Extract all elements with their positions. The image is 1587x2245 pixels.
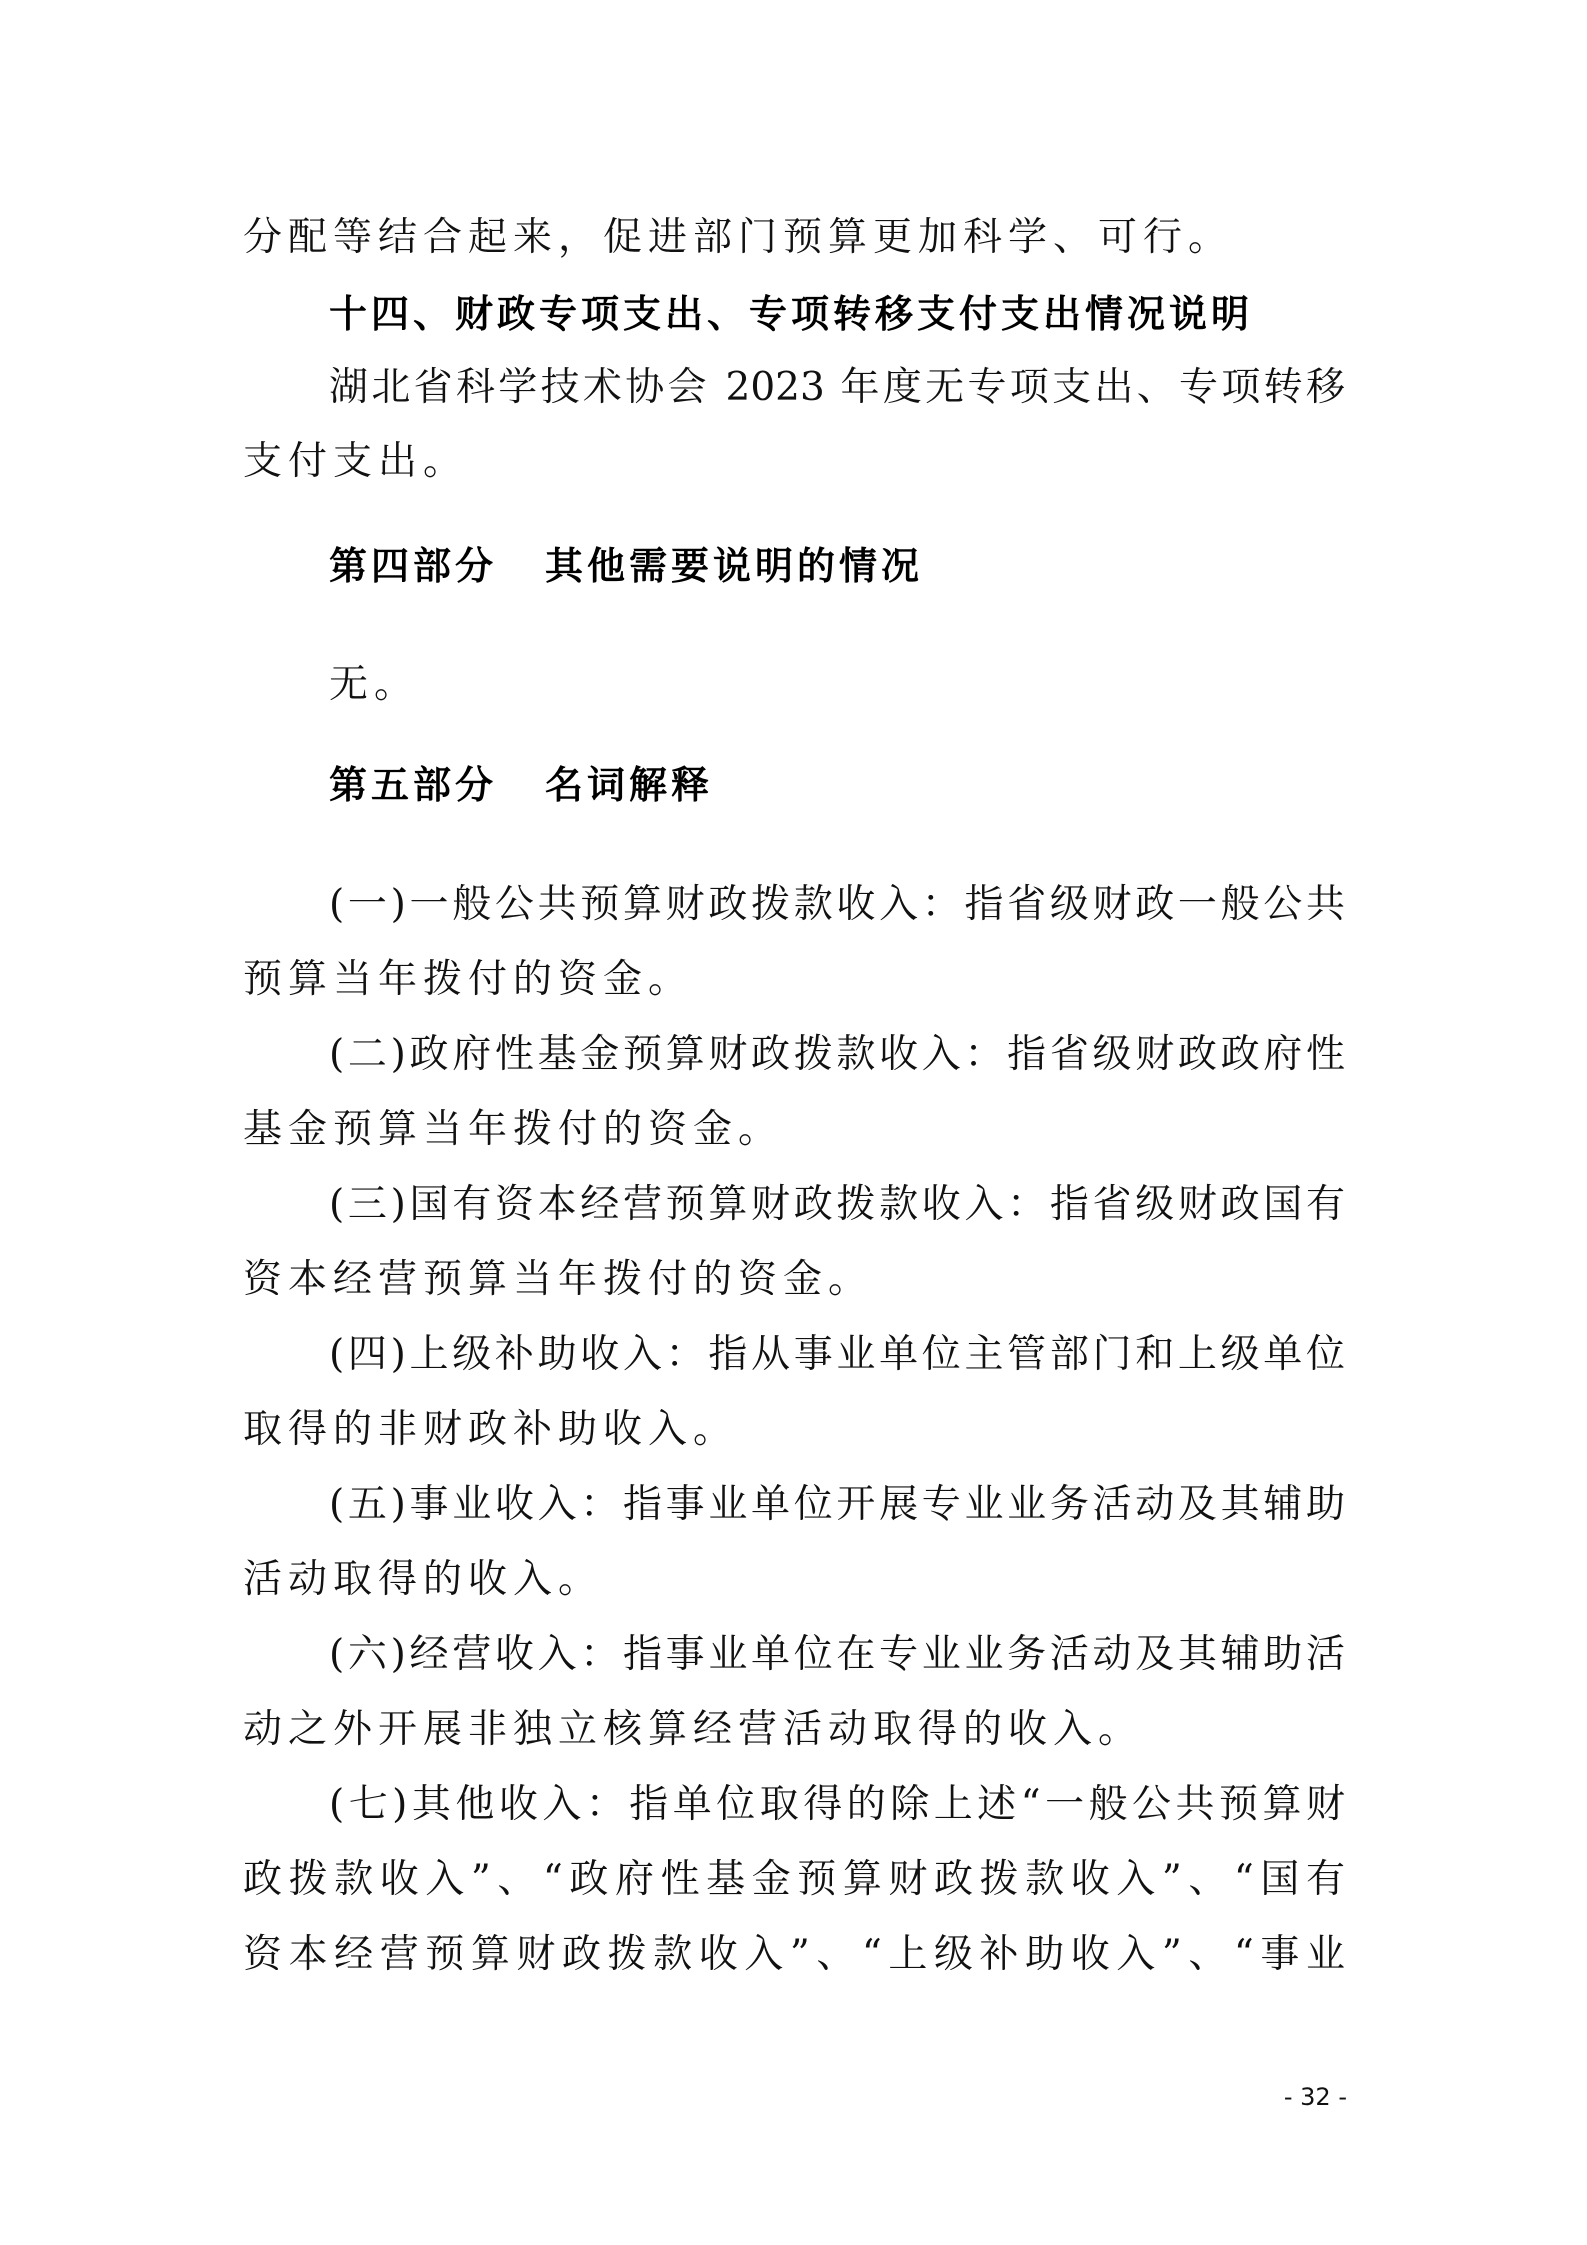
definition-7-line-1: (七)其他收入：指单位取得的除上述“一般公共预算财 [329,1780,1345,1830]
paragraph-line: 分配等结合起来，促进部门预算更加科学、可行。 [243,213,1233,263]
part-5-heading: 第五部分名词解释 [329,760,713,810]
part-5-title: 名词解释 [545,763,713,807]
definition-7-line-3: 资本经营预算财政拨款收入”、“上级补助收入”、“事业 [243,1930,1345,1980]
part-4-label: 第四部分 [329,544,497,588]
definition-4-line-1: (四)上级补助收入：指从事业单位主管部门和上级单位 [329,1330,1345,1380]
definition-5-line-2: 活动取得的收入。 [243,1555,603,1605]
paragraph-line: 支付支出。 [243,437,468,487]
definition-2-line-1: (二)政府性基金预算财政拨款收入：指省级财政政府性 [329,1030,1345,1080]
definition-6-line-2: 动之外开展非独立核算经营活动取得的收入。 [243,1705,1143,1755]
section-heading-14: 十四、财政专项支出、专项转移支付支出情况说明 [329,289,1253,339]
definition-1-line-1: (一)一般公共预算财政拨款收入：指省级财政一般公共 [329,880,1345,930]
definition-6-line-1: (六)经营收入：指事业单位在专业业务活动及其辅助活 [329,1630,1345,1680]
document-page: 分配等结合起来，促进部门预算更加科学、可行。 十四、财政专项支出、专项转移支付支… [0,0,1587,2245]
part-5-label: 第五部分 [329,763,497,807]
definition-1-line-2: 预算当年拨付的资金。 [243,955,693,1005]
page-number: - 32 - [1283,2082,1347,2112]
definition-3-line-2: 资本经营预算当年拨付的资金。 [243,1255,873,1305]
part-4-title: 其他需要说明的情况 [545,544,923,588]
definition-7-line-2: 政拨款收入”、“政府性基金预算财政拨款收入”、“国有 [243,1855,1345,1905]
definition-5-line-1: (五)事业收入：指事业单位开展专业业务活动及其辅助 [329,1480,1345,1530]
paragraph-line: 湖北省科学技术协会 2023 年度无专项支出、专项转移 [329,363,1345,413]
part-4-heading: 第四部分其他需要说明的情况 [329,541,923,591]
definition-4-line-2: 取得的非财政补助收入。 [243,1405,738,1455]
definition-2-line-2: 基金预算当年拨付的资金。 [243,1105,783,1155]
definition-3-line-1: (三)国有资本经营预算财政拨款收入：指省级财政国有 [329,1180,1345,1230]
part-4-body: 无。 [329,660,419,710]
